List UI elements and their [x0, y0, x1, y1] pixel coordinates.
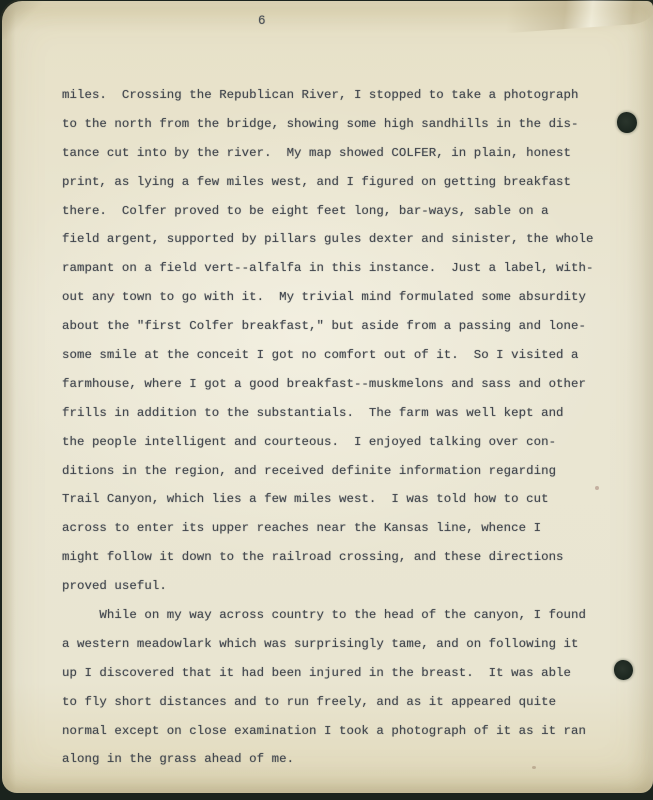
- paper-speck: [112, 293, 115, 296]
- typed-line: up I discovered that it had been injured…: [62, 659, 610, 688]
- scanned-document: 6 miles. Crossing the Republican River, …: [0, 0, 653, 800]
- typed-line: tance cut into by the river. My map show…: [62, 139, 610, 168]
- typed-line: a western meadowlark which was surprisin…: [62, 630, 610, 659]
- typed-line: along in the grass ahead of me.: [62, 745, 610, 774]
- typed-line: out any town to go with it. My trivial m…: [62, 283, 610, 312]
- typed-line: print, as lying a few miles west, and I …: [62, 168, 610, 197]
- typed-line: across to enter its upper reaches near t…: [62, 514, 610, 543]
- typed-line: might follow it down to the railroad cro…: [62, 543, 610, 572]
- typed-line: Trail Canyon, which lies a few miles wes…: [62, 485, 610, 514]
- typed-line: the people intelligent and courteous. I …: [62, 428, 610, 457]
- ink-dot-bottom: [614, 660, 633, 680]
- paper-corner-shadow: [0, 0, 46, 39]
- typed-line: about the "first Colfer breakfast," but …: [62, 312, 610, 341]
- typed-line: proved useful.: [62, 572, 610, 601]
- typed-line: to the north from the bridge, showing so…: [62, 110, 610, 139]
- typed-line: farmhouse, where I got a good breakfast-…: [62, 370, 610, 399]
- typed-line: ditions in the region, and received defi…: [62, 457, 610, 486]
- typed-line: While on my way across country to the he…: [62, 601, 610, 630]
- typed-line: field argent, supported by pillars gules…: [62, 225, 610, 254]
- ink-dot-top: [617, 112, 637, 133]
- typed-line: normal except on close examination I too…: [62, 717, 610, 746]
- typed-line: some smile at the conceit I got no comfo…: [62, 341, 610, 370]
- typed-line: frills in addition to the substantials. …: [62, 399, 610, 428]
- typed-line: miles. Crossing the Republican River, I …: [62, 81, 610, 110]
- paper-crease: [495, 0, 653, 34]
- paper-speck: [595, 486, 599, 490]
- typed-text-block: miles. Crossing the Republican River, I …: [62, 81, 610, 774]
- paper-speck: [532, 766, 536, 769]
- typed-line: to fly short distances and to run freely…: [62, 688, 610, 717]
- page-number: 6: [258, 14, 266, 28]
- typed-line: rampant on a field vert--alfalfa in this…: [62, 254, 610, 283]
- paper-page: 6 miles. Crossing the Republican River, …: [2, 1, 653, 793]
- typed-line: there. Colfer proved to be eight feet lo…: [62, 197, 610, 226]
